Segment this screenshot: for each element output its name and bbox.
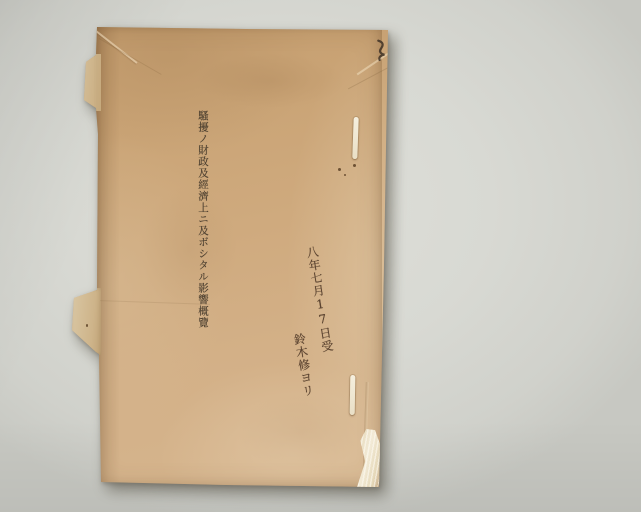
paper-stain	[124, 164, 254, 334]
binding-slit-top	[352, 117, 358, 159]
ink-speck	[89, 362, 91, 364]
ink-speck	[93, 365, 95, 367]
corner-crease-top-left	[95, 30, 137, 64]
ink-speck	[86, 324, 88, 327]
photo-background: 騷擾ノ財政及經濟上ニ及ボシタル影響概覽 八年七月17日受 鈴木修ヨリ	[0, 0, 641, 512]
cover-title-vertical: 騷擾ノ財政及經濟上ニ及ボシタル影響概覽	[196, 110, 211, 346]
ink-speck	[338, 168, 341, 171]
corner-crease-top-left	[99, 38, 162, 75]
booklet-cover-wrapper: 騷擾ノ財政及經濟上ニ及ボシタル影響概覽 八年七月17日受 鈴木修ヨリ	[66, 24, 390, 490]
tape-flap-left-top	[82, 54, 101, 111]
edge-ink-scribble-icon	[373, 38, 388, 61]
horizontal-crease-left	[100, 300, 210, 305]
ink-speck	[353, 164, 356, 167]
corner-crease-top-right	[348, 64, 394, 89]
booklet-cover: 騷擾ノ財政及經濟上ニ及ボシタル影響概覽 八年七月17日受 鈴木修ヨリ	[66, 24, 390, 490]
tape-flap-left-middle	[70, 288, 101, 355]
binding-slit-bottom	[350, 375, 356, 415]
ink-speck	[344, 174, 346, 176]
ink-speck	[82, 292, 84, 294]
ink-speck	[80, 342, 83, 345]
handwritten-name-line: 鈴木修ヨリ	[291, 332, 318, 399]
handwritten-note: 八年七月17日受 鈴木修ヨリ	[264, 241, 377, 466]
paper-stain	[176, 46, 366, 116]
